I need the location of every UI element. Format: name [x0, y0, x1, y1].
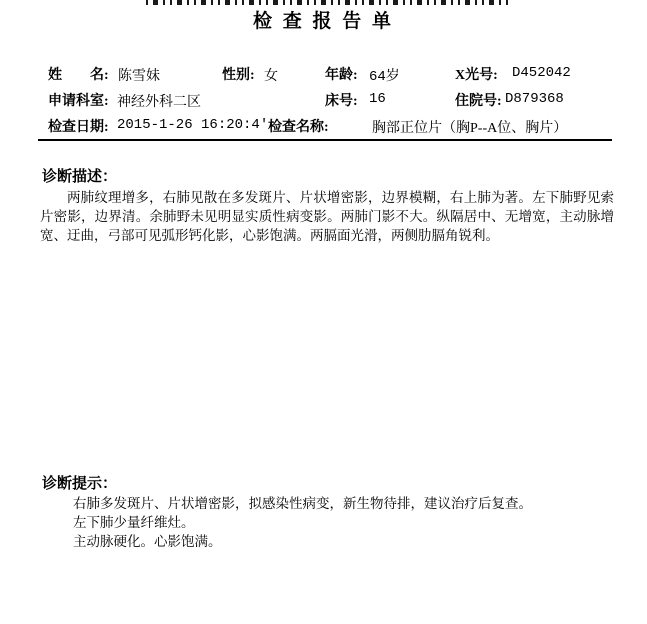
gender-value: 女 [264, 65, 278, 85]
diagnosis-hint-line: 右肺多发斑片、片状增密影，拟感染性病变，新生物待排，建议治疗后复查。 [40, 494, 614, 513]
name-value: 陈雪妹 [118, 65, 160, 85]
diagnosis-hint-line: 主动脉硬化。心影饱满。 [40, 532, 614, 551]
xray-no-value: D452042 [512, 65, 571, 81]
admission-no-label: 住院号: [455, 90, 502, 110]
xray-no-label: X光号: [455, 64, 498, 84]
diagnosis-description-body: 两肺纹理增多，右肺见散在多发斑片、片状增密影，边界模糊，右上肺为著。左下肺野见索… [40, 188, 614, 245]
age-label: 年龄: [325, 64, 358, 84]
header-divider-line [38, 139, 612, 141]
bed-no-value: 16 [369, 91, 386, 107]
exam-name-value: 胸部正位片（胸P--A位、胸片） [372, 117, 567, 137]
diagnosis-hint-heading: 诊断提示： [42, 472, 117, 493]
name-label: 姓 名: [48, 64, 109, 84]
diagnosis-hint-list: 右肺多发斑片、片状增密影，拟感染性病变，新生物待排，建议治疗后复查。 左下肺少量… [40, 494, 614, 551]
exam-report-page: 检 查 报 告 单 姓 名: 陈雪妹 性别: 女 年龄: 64岁 X光号: D4… [0, 0, 647, 624]
exam-date-label: 检查日期: [48, 116, 109, 136]
gender-label: 性别: [222, 64, 255, 84]
age-value: 64岁 [369, 65, 400, 85]
clipped-hospital-name-text [146, 0, 510, 5]
exam-name-label: 检查名称: [268, 116, 329, 136]
exam-date-value: 2015-1-26 16:20:4' [117, 117, 268, 133]
diagnosis-hint-line: 左下肺少量纤维灶。 [40, 513, 614, 532]
admission-no-value: D879368 [505, 91, 564, 107]
report-title: 检 查 报 告 单 [0, 6, 647, 33]
department-label: 申请科室: [48, 90, 109, 110]
diagnosis-description-heading: 诊断描述： [42, 165, 117, 186]
bed-no-label: 床号: [325, 90, 358, 110]
department-value: 神经外科二区 [117, 91, 201, 111]
